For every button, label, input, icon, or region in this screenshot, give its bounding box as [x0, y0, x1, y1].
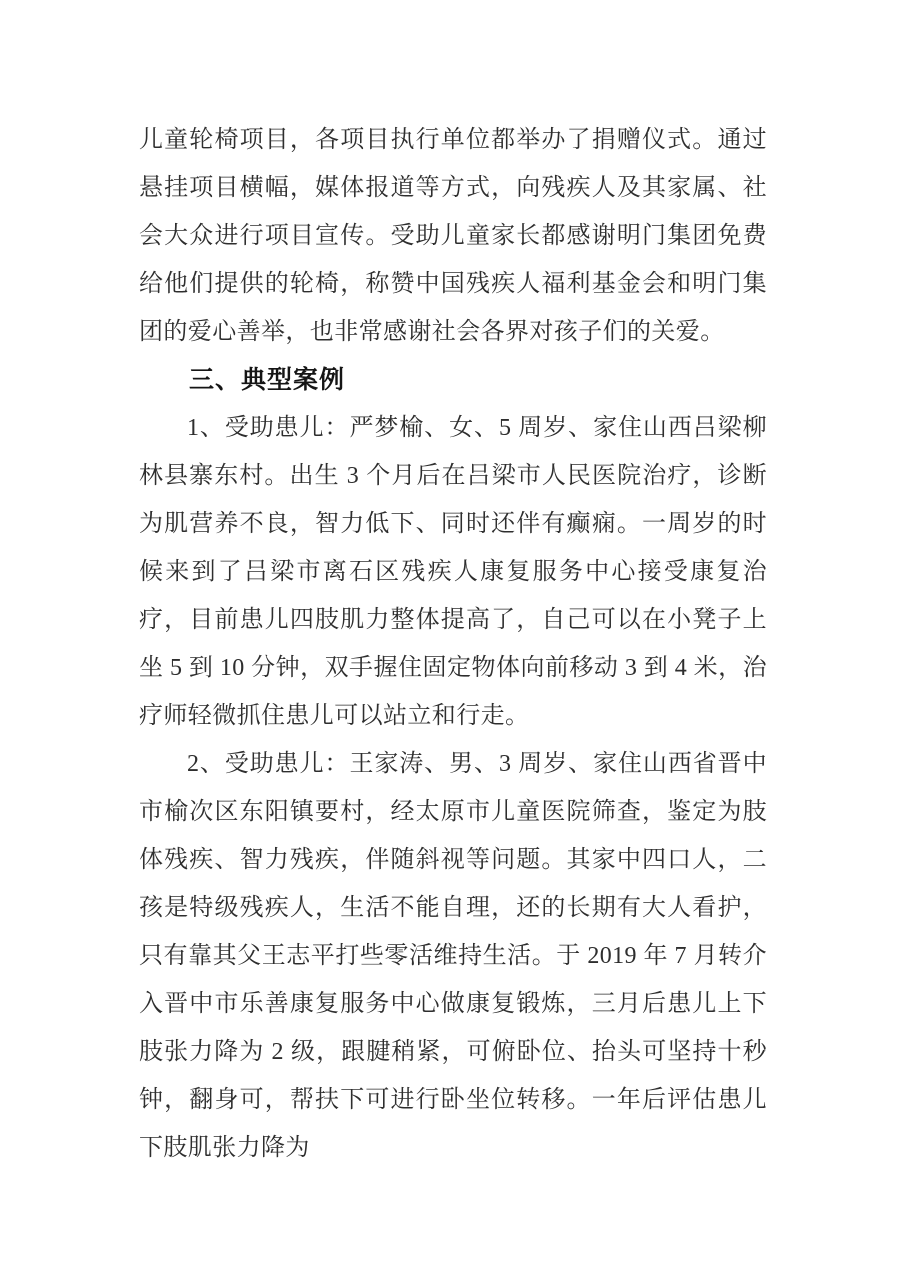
paragraph-project-summary: 儿童轮椅项目，各项目执行单位都举办了捐赠仪式。通过悬挂项目横幅，媒体报道等方式，… [139, 116, 767, 356]
section-heading: 三、典型案例 [139, 356, 767, 404]
document-page: 儿童轮椅项目，各项目执行单位都举办了捐赠仪式。通过悬挂项目横幅，媒体报道等方式，… [0, 0, 900, 1273]
paragraph-case-1: 1、受助患儿：严梦榆、女、5 周岁、家住山西吕梁柳林县寨东村。出生 3 个月后在… [139, 404, 767, 740]
document-body: 儿童轮椅项目，各项目执行单位都举办了捐赠仪式。通过悬挂项目横幅，媒体报道等方式，… [139, 116, 767, 1172]
paragraph-case-2: 2、受助患儿：王家涛、男、3 周岁、家住山西省晋中市榆次区东阳镇要村，经太原市儿… [139, 740, 767, 1172]
